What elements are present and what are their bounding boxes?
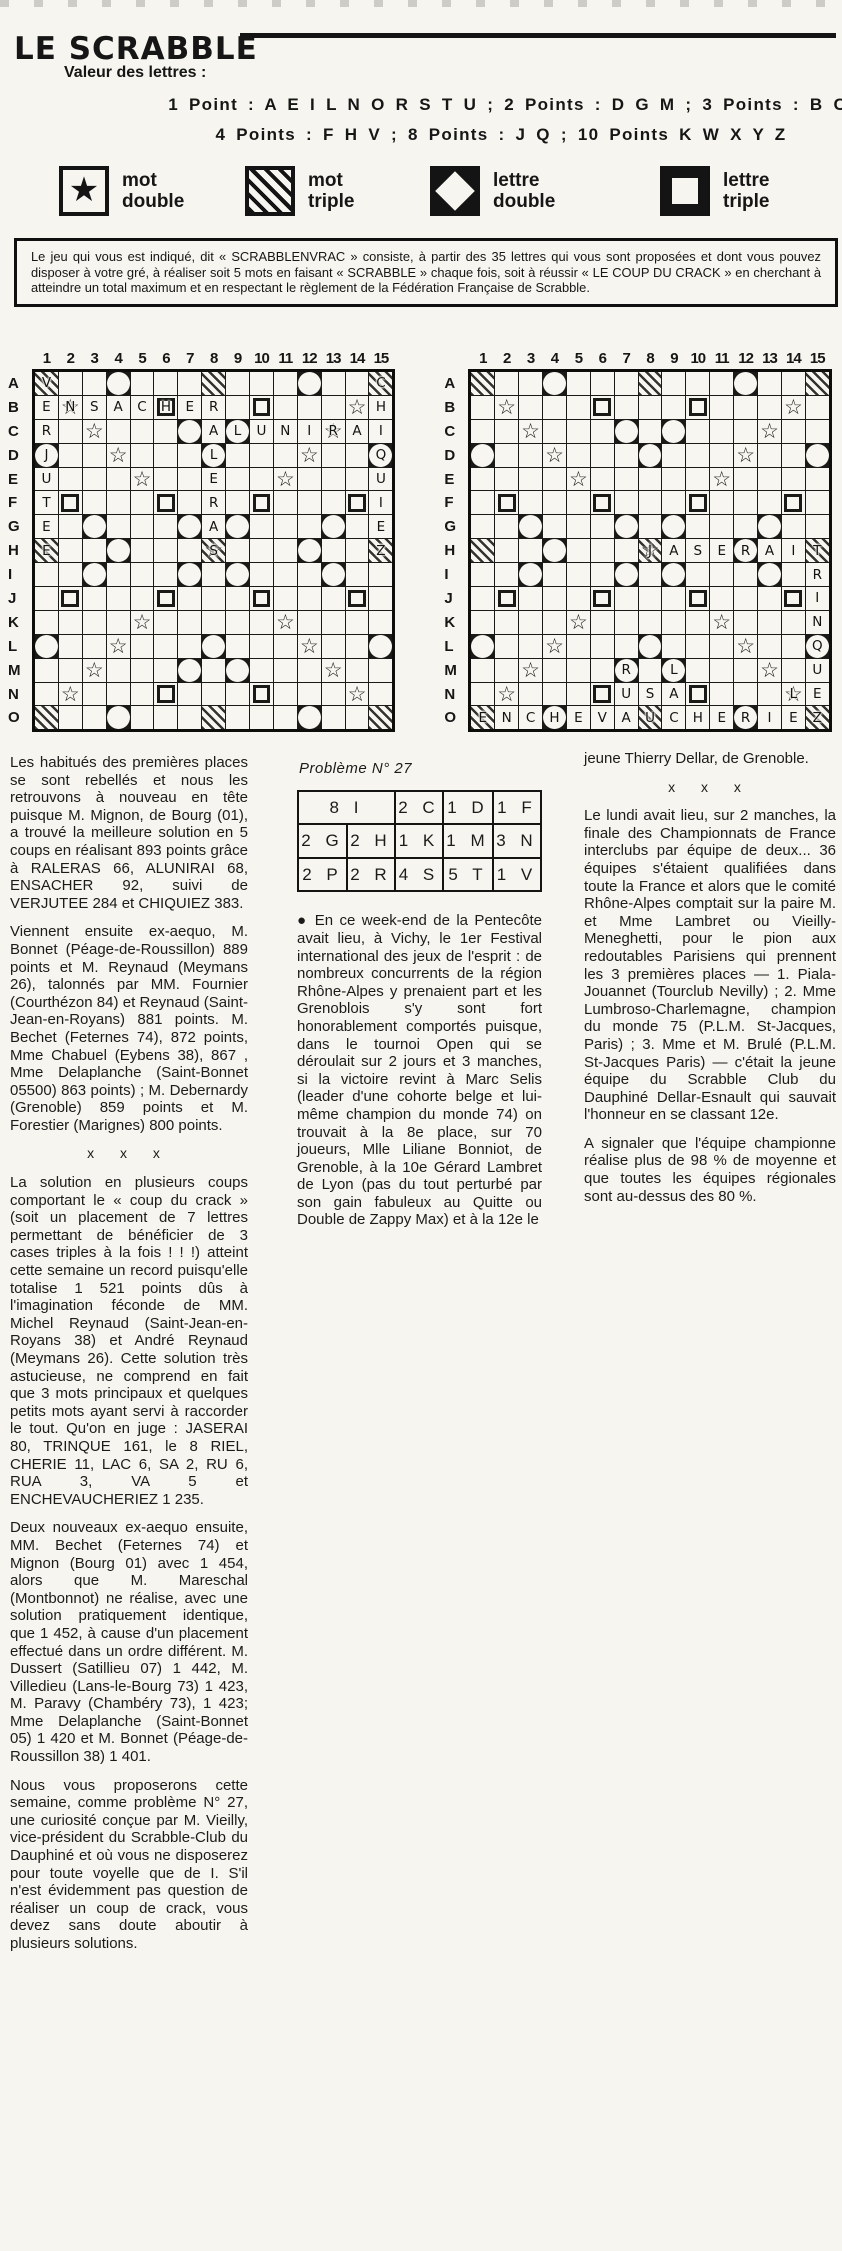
board-cell xyxy=(782,611,805,634)
board-cell xyxy=(250,563,273,586)
board-cell xyxy=(346,444,369,467)
tile-letter: N xyxy=(274,420,297,443)
board-cell xyxy=(369,659,392,682)
double-word-star-icon: ☆ xyxy=(710,611,733,634)
table-cell: 1 K xyxy=(395,824,443,858)
board-cell xyxy=(495,563,518,586)
board-cell xyxy=(35,706,58,729)
double-letter-circle xyxy=(178,563,201,586)
column-number-label: 12 xyxy=(734,350,757,367)
board-cell xyxy=(274,635,297,658)
board-cell xyxy=(495,468,518,491)
board-cell xyxy=(250,396,273,419)
board-cell xyxy=(107,539,130,562)
double-word-star-icon: ☆ xyxy=(131,611,154,634)
board-cell xyxy=(567,396,590,419)
board-cell: E xyxy=(369,515,392,538)
column-number-label: 7 xyxy=(615,350,638,367)
board-cell: ☆ xyxy=(83,659,106,682)
board-cell xyxy=(615,563,638,586)
tile-letter: R xyxy=(322,420,345,443)
board-cell: E xyxy=(567,706,590,729)
double-letter-circle xyxy=(322,563,345,586)
board-cell: ☆ xyxy=(758,659,781,682)
table-cell: 5 T xyxy=(443,858,493,892)
tile-letter: R xyxy=(202,396,225,419)
table-cell: 2 C xyxy=(395,791,443,825)
letter-values-heading: Valeur des lettres : xyxy=(64,64,206,82)
board-cell: A xyxy=(202,515,225,538)
board-cell xyxy=(346,539,369,562)
board-cell: ☆ xyxy=(274,468,297,491)
board-cell xyxy=(782,444,805,467)
double-letter-circle xyxy=(639,444,662,467)
board-cell xyxy=(639,444,662,467)
board-cell xyxy=(543,515,566,538)
double-letter-circle xyxy=(662,515,685,538)
board-cell xyxy=(495,372,518,395)
boards: 123456789101112131415ABCDEFGHIJKLMNOVCE☆… xyxy=(8,350,832,732)
word-triple-icon xyxy=(245,166,295,216)
board-cell xyxy=(662,468,685,491)
board-cell: A xyxy=(662,539,685,562)
double-word-star-icon: ☆ xyxy=(567,468,590,491)
legend-item-lettre-triple: lettretriple xyxy=(660,166,769,216)
board-cell xyxy=(226,611,249,634)
tile-letter: A xyxy=(202,515,225,538)
board-cell: ☆ xyxy=(710,611,733,634)
board-cell: ☆ xyxy=(346,396,369,419)
board-cell: N xyxy=(495,706,518,729)
double-word-star-icon: ☆ xyxy=(346,396,369,419)
board-cell xyxy=(543,539,566,562)
board-cell xyxy=(806,396,829,419)
board-cell xyxy=(202,706,225,729)
board-cell xyxy=(250,491,273,514)
board-cell xyxy=(543,659,566,682)
double-letter-circle xyxy=(806,444,829,467)
legend-label-line: mot xyxy=(122,170,184,191)
board-cell: E xyxy=(710,539,733,562)
board-cell xyxy=(346,563,369,586)
row-letter-label: L xyxy=(8,635,32,659)
board-cell: L xyxy=(202,444,225,467)
board-cell xyxy=(734,659,757,682)
triple-letter-box xyxy=(689,494,707,512)
board-cell xyxy=(178,491,201,514)
board-cell: I xyxy=(369,491,392,514)
tile-letter: A xyxy=(758,539,781,562)
board-cell xyxy=(154,563,177,586)
board-cell xyxy=(274,491,297,514)
board-cell: A xyxy=(758,539,781,562)
double-word-star-icon: ☆ xyxy=(131,468,154,491)
board-cell xyxy=(250,635,273,658)
triple-letter-box xyxy=(689,398,707,416)
board-cell: R xyxy=(35,420,58,443)
board-cell xyxy=(154,611,177,634)
double-word-star-icon: ☆ xyxy=(734,444,757,467)
board-cell xyxy=(131,587,154,610)
board-cell: S xyxy=(83,396,106,419)
board-cell xyxy=(543,420,566,443)
board-cell: A xyxy=(107,396,130,419)
board-cell xyxy=(686,587,709,610)
paragraph: ● En ce week-end de la Pentecôte avait l… xyxy=(297,912,542,1229)
board-cell xyxy=(346,515,369,538)
board-cell: ☆ xyxy=(543,444,566,467)
double-letter-circle xyxy=(202,635,225,658)
board-cell xyxy=(154,372,177,395)
board-cell xyxy=(131,563,154,586)
board-cell xyxy=(322,372,345,395)
board-cell xyxy=(83,563,106,586)
tile-letter: C xyxy=(519,706,542,729)
row-letter-label: E xyxy=(8,468,32,492)
board-cell xyxy=(131,706,154,729)
legend-label-line: lettre xyxy=(723,170,769,191)
row-letter-label: I xyxy=(444,563,468,587)
double-letter-circle xyxy=(519,515,542,538)
problem-table: 8 I2 C1 D1 F2 G2 H1 K1 M3 N2 P2 R4 S5 T1… xyxy=(297,790,542,893)
board-cell xyxy=(83,444,106,467)
board-cell xyxy=(131,659,154,682)
board-cell: H xyxy=(154,396,177,419)
triple-letter-box xyxy=(784,494,802,512)
board-cell xyxy=(662,396,685,419)
tile-letter: T xyxy=(35,491,58,514)
board-cell xyxy=(274,372,297,395)
board-cell xyxy=(567,587,590,610)
tile-letter: E xyxy=(35,396,58,419)
board-cell xyxy=(226,587,249,610)
double-word-star-icon: ☆ xyxy=(83,420,106,443)
board-cell xyxy=(107,611,130,634)
board-cell: L xyxy=(226,420,249,443)
column-number-label: 10 xyxy=(250,350,273,367)
tile-letter: N xyxy=(806,611,829,634)
board-cell xyxy=(567,635,590,658)
tile-letter: C xyxy=(662,706,685,729)
paragraph: A signaler que l'équipe championne réali… xyxy=(584,1135,836,1205)
double-letter-circle xyxy=(226,563,249,586)
tile-letter: I xyxy=(369,420,392,443)
legend-label: motdouble xyxy=(122,170,184,213)
board-cell xyxy=(131,444,154,467)
board-cell xyxy=(83,491,106,514)
board-cell xyxy=(734,683,757,706)
double-letter-circle xyxy=(471,635,494,658)
board-cell xyxy=(495,515,518,538)
board-cell xyxy=(686,372,709,395)
tile-letter: S xyxy=(83,396,106,419)
board-cell xyxy=(178,420,201,443)
tile-letter: C xyxy=(131,396,154,419)
board-cell xyxy=(543,587,566,610)
double-word-star-icon: ☆ xyxy=(495,683,518,706)
board-cell: S xyxy=(686,539,709,562)
board-cell xyxy=(59,635,82,658)
board-cell xyxy=(591,611,614,634)
tile-letter: E xyxy=(35,515,58,538)
left-board: 123456789101112131415ABCDEFGHIJKLMNOVCE☆… xyxy=(8,350,395,732)
board-cell xyxy=(226,491,249,514)
board-cell: T xyxy=(806,539,829,562)
board-cell xyxy=(346,706,369,729)
row-letter-label: H xyxy=(444,539,468,563)
board-cell xyxy=(274,683,297,706)
board-cell xyxy=(59,587,82,610)
board-cell: R xyxy=(202,396,225,419)
row-letter-label: I xyxy=(8,563,32,587)
column-numbers: 123456789101112131415 xyxy=(35,350,395,367)
double-word-star-icon: ☆ xyxy=(543,635,566,658)
row-letter-label: D xyxy=(8,444,32,468)
board-cell: ☆ xyxy=(734,635,757,658)
board-cell: H xyxy=(369,396,392,419)
board-cell xyxy=(662,444,685,467)
legend-item-lettre-double: lettredouble xyxy=(430,166,555,216)
board-cell: ☆ xyxy=(567,468,590,491)
board-cell: E xyxy=(710,706,733,729)
board-cell xyxy=(298,587,321,610)
board-cell xyxy=(226,706,249,729)
board-cell xyxy=(615,444,638,467)
xxx-separator: x x x xyxy=(584,779,836,797)
legend-label-line: double xyxy=(493,191,555,212)
board-cell: I xyxy=(782,539,805,562)
board-cell xyxy=(107,468,130,491)
board-cell xyxy=(59,563,82,586)
paragraph: La solution en plusieurs coups comportan… xyxy=(10,1174,248,1508)
tile-letter: V xyxy=(591,706,614,729)
grid-wrap: ABCDEFGHIJKLMNOVCE☆NSACHER☆HR☆ALUNI☆RAIJ… xyxy=(8,369,395,732)
board-cell xyxy=(202,659,225,682)
board-cell xyxy=(567,491,590,514)
board-cell: N xyxy=(274,420,297,443)
board-cell xyxy=(154,659,177,682)
board-cell: U xyxy=(806,659,829,682)
board-cell: N xyxy=(806,611,829,634)
double-letter-circle xyxy=(734,372,757,395)
row-letter-label: J xyxy=(444,587,468,611)
board-cell xyxy=(662,420,685,443)
board-cell xyxy=(591,420,614,443)
double-letter-circle xyxy=(639,635,662,658)
tile-letter: A xyxy=(662,683,685,706)
board-cell xyxy=(495,587,518,610)
board-cell xyxy=(131,683,154,706)
board-cell xyxy=(202,635,225,658)
board-cell: I xyxy=(806,587,829,610)
board-cell xyxy=(519,372,542,395)
row-letter-label: H xyxy=(8,539,32,563)
board-cell: A xyxy=(202,420,225,443)
row-letter-label: C xyxy=(8,420,32,444)
board-cell xyxy=(369,563,392,586)
board-cell xyxy=(591,491,614,514)
board-cell xyxy=(543,563,566,586)
board-cell xyxy=(710,444,733,467)
table-cell: 2 P xyxy=(298,858,347,892)
board-cell xyxy=(686,444,709,467)
column-left: Les habitués des premières places se son… xyxy=(10,754,248,1964)
double-letter-circle xyxy=(107,706,130,729)
board-cell xyxy=(178,515,201,538)
board-cell xyxy=(567,539,590,562)
triple-letter-box xyxy=(498,494,516,512)
double-word-star-icon: ☆ xyxy=(710,468,733,491)
board-cell: ☆J xyxy=(639,539,662,562)
board-cell: ☆ xyxy=(298,635,321,658)
table-cell: 8 I xyxy=(298,791,395,825)
board-cell xyxy=(154,587,177,610)
board-cell: ☆ xyxy=(131,611,154,634)
board-cell xyxy=(107,659,130,682)
board-cell xyxy=(131,372,154,395)
triple-letter-box xyxy=(253,685,271,703)
paragraph: Nous vous proposerons cette semaine, com… xyxy=(10,1777,248,1953)
tile-letter: E xyxy=(35,539,58,562)
row-letter-label: F xyxy=(8,491,32,515)
triple-letter-box xyxy=(593,590,611,608)
tile-letter: E xyxy=(471,706,494,729)
board-cell xyxy=(471,563,494,586)
row-letter-label: L xyxy=(444,635,468,659)
right-board: 123456789101112131415ABCDEFGHIJKLMNO☆☆☆☆… xyxy=(444,350,831,732)
board-cell xyxy=(226,468,249,491)
board-cell xyxy=(639,587,662,610)
board-cell xyxy=(154,468,177,491)
column-number-label: 8 xyxy=(639,350,662,367)
row-letter-label: C xyxy=(444,420,468,444)
board-cell: ☆ xyxy=(298,444,321,467)
board-cell: ☆N xyxy=(59,396,82,419)
letter-values-line-2: 4 Points : F H V ; 8 Points : J Q ; 10 P… xyxy=(0,125,842,145)
board-cell xyxy=(226,372,249,395)
row-letter-label: K xyxy=(8,611,32,635)
board-cell xyxy=(758,515,781,538)
board-cell xyxy=(274,659,297,682)
double-letter-circle xyxy=(226,515,249,538)
board-cell xyxy=(734,396,757,419)
board-cell: E xyxy=(178,396,201,419)
board-cell xyxy=(346,372,369,395)
board-cell xyxy=(471,468,494,491)
board-cell: I xyxy=(369,420,392,443)
board-cell xyxy=(543,468,566,491)
board-cell: V xyxy=(591,706,614,729)
double-letter-circle xyxy=(758,515,781,538)
tile-letter: U xyxy=(615,683,638,706)
board-cell xyxy=(686,683,709,706)
tile-letter: Z xyxy=(806,706,829,729)
board-cell xyxy=(226,539,249,562)
board-cell xyxy=(758,587,781,610)
triple-letter-box xyxy=(784,590,802,608)
tile-letter: R xyxy=(202,491,225,514)
tile-letter: Q xyxy=(806,635,829,658)
double-letter-circle xyxy=(178,515,201,538)
tile-letter: R xyxy=(615,659,638,682)
board-cell: E xyxy=(202,468,225,491)
double-word-star-icon: ☆ xyxy=(298,635,321,658)
board-cell: T xyxy=(35,491,58,514)
board-cell xyxy=(686,420,709,443)
board-cell xyxy=(734,515,757,538)
scan-artifact xyxy=(0,0,842,7)
column-number-label: 2 xyxy=(59,350,82,367)
row-letters: ABCDEFGHIJKLMNO xyxy=(8,369,32,732)
board-cell xyxy=(154,706,177,729)
board-cell: U xyxy=(615,683,638,706)
board-cell xyxy=(83,372,106,395)
tile-letter: U xyxy=(250,420,273,443)
tile-letter: H xyxy=(154,396,177,419)
board-cell xyxy=(567,563,590,586)
board-cell xyxy=(274,563,297,586)
double-word-star-icon: ☆ xyxy=(274,611,297,634)
board-cell xyxy=(615,491,638,514)
board-cell: ☆ xyxy=(83,420,106,443)
board-cell xyxy=(250,659,273,682)
double-letter-circle xyxy=(83,563,106,586)
row-letter-label: E xyxy=(444,468,468,492)
letter-triple-icon xyxy=(660,166,710,216)
tile-letter: L xyxy=(662,659,685,682)
table-row: 2 G2 H1 K1 M3 N xyxy=(298,824,541,858)
double-letter-circle xyxy=(369,635,392,658)
board-cell xyxy=(686,491,709,514)
board-cell xyxy=(567,444,590,467)
board-cell xyxy=(322,563,345,586)
row-letter-label: M xyxy=(444,659,468,683)
board-cell xyxy=(202,611,225,634)
board-cell xyxy=(298,611,321,634)
letter-double-icon xyxy=(430,166,480,216)
board-cell xyxy=(226,659,249,682)
double-word-star-icon: ☆ xyxy=(519,659,542,682)
board-cell xyxy=(806,372,829,395)
row-letter-label: F xyxy=(444,491,468,515)
board-cell xyxy=(734,611,757,634)
board-cell xyxy=(202,683,225,706)
board-cell xyxy=(662,635,685,658)
board-cell xyxy=(107,420,130,443)
board-cell xyxy=(226,515,249,538)
board-cell xyxy=(495,611,518,634)
row-letter-label: N xyxy=(444,683,468,707)
column-number-label: 14 xyxy=(782,350,805,367)
row-letter-label: D xyxy=(444,444,468,468)
board-cell xyxy=(806,444,829,467)
board-cell xyxy=(710,396,733,419)
board-cell xyxy=(662,515,685,538)
board-cell xyxy=(662,611,685,634)
column-numbers: 123456789101112131415 xyxy=(471,350,831,367)
triple-letter-box xyxy=(157,494,175,512)
board-cell xyxy=(782,420,805,443)
board-cell xyxy=(178,444,201,467)
double-word-star-icon: ☆ xyxy=(519,420,542,443)
board-cell xyxy=(806,468,829,491)
double-letter-circle xyxy=(519,563,542,586)
board-cell xyxy=(107,491,130,514)
board-cell xyxy=(59,539,82,562)
board-cell xyxy=(710,659,733,682)
board-cell xyxy=(591,587,614,610)
tile-letter: J xyxy=(35,444,58,467)
